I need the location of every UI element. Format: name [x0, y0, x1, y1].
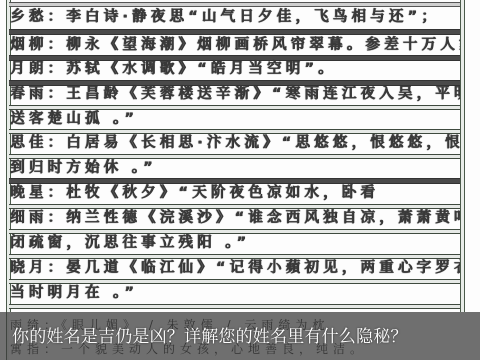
page-frame-right — [460, 0, 465, 360]
document-line: 烟柳：柳永《望海潮》烟柳画桥风帘翠幕。参差十万人家。 — [10, 34, 460, 56]
document-line: 晚星：杜牧《秋夕》“天阶夜色凉如水，卧看 — [10, 182, 460, 204]
caption-text[interactable]: 你的姓名是吉仍是凶？详解您的姓名里有什么隐秘？ — [12, 322, 408, 347]
document-line: 春雨：王昌龄《芙蓉楼送辛渐》“寒雨连江夜入吴，平明 — [10, 83, 460, 105]
document-line: 月朗：苏轼《水调歌》“皓月当空明”。 — [10, 58, 460, 80]
document-line: 送客楚山孤 。” — [10, 108, 460, 130]
document-line: 到归时方始休 。” — [10, 157, 460, 179]
document-line: 乡愁：李白诗·静夜思“山气日夕佳，飞鸟相与还”； — [10, 6, 460, 28]
document-line: 闭疏窗，沉思往事立残阳 。” — [10, 232, 460, 254]
line-separator — [9, 304, 460, 309]
document-line: 当时明月在 。” — [10, 282, 460, 304]
document-line: 晓月：晏几道《临江仙》“记得小蘋初见，两重心字罗衣， — [10, 257, 460, 279]
scanned-document-page: 乡愁：李白诗·静夜思“山气日夕佳，飞鸟相与还”； 烟柳：柳永《望海潮》烟柳画桥风… — [0, 0, 480, 360]
document-line: 细雨：纳兰性德《浣溪沙》“谁念西风独自凉，萧萧黄叶 — [10, 207, 460, 229]
document-line: 思佳：白居易《长相思·汴水流》“思悠悠，恨悠悠，恨 — [10, 132, 460, 154]
